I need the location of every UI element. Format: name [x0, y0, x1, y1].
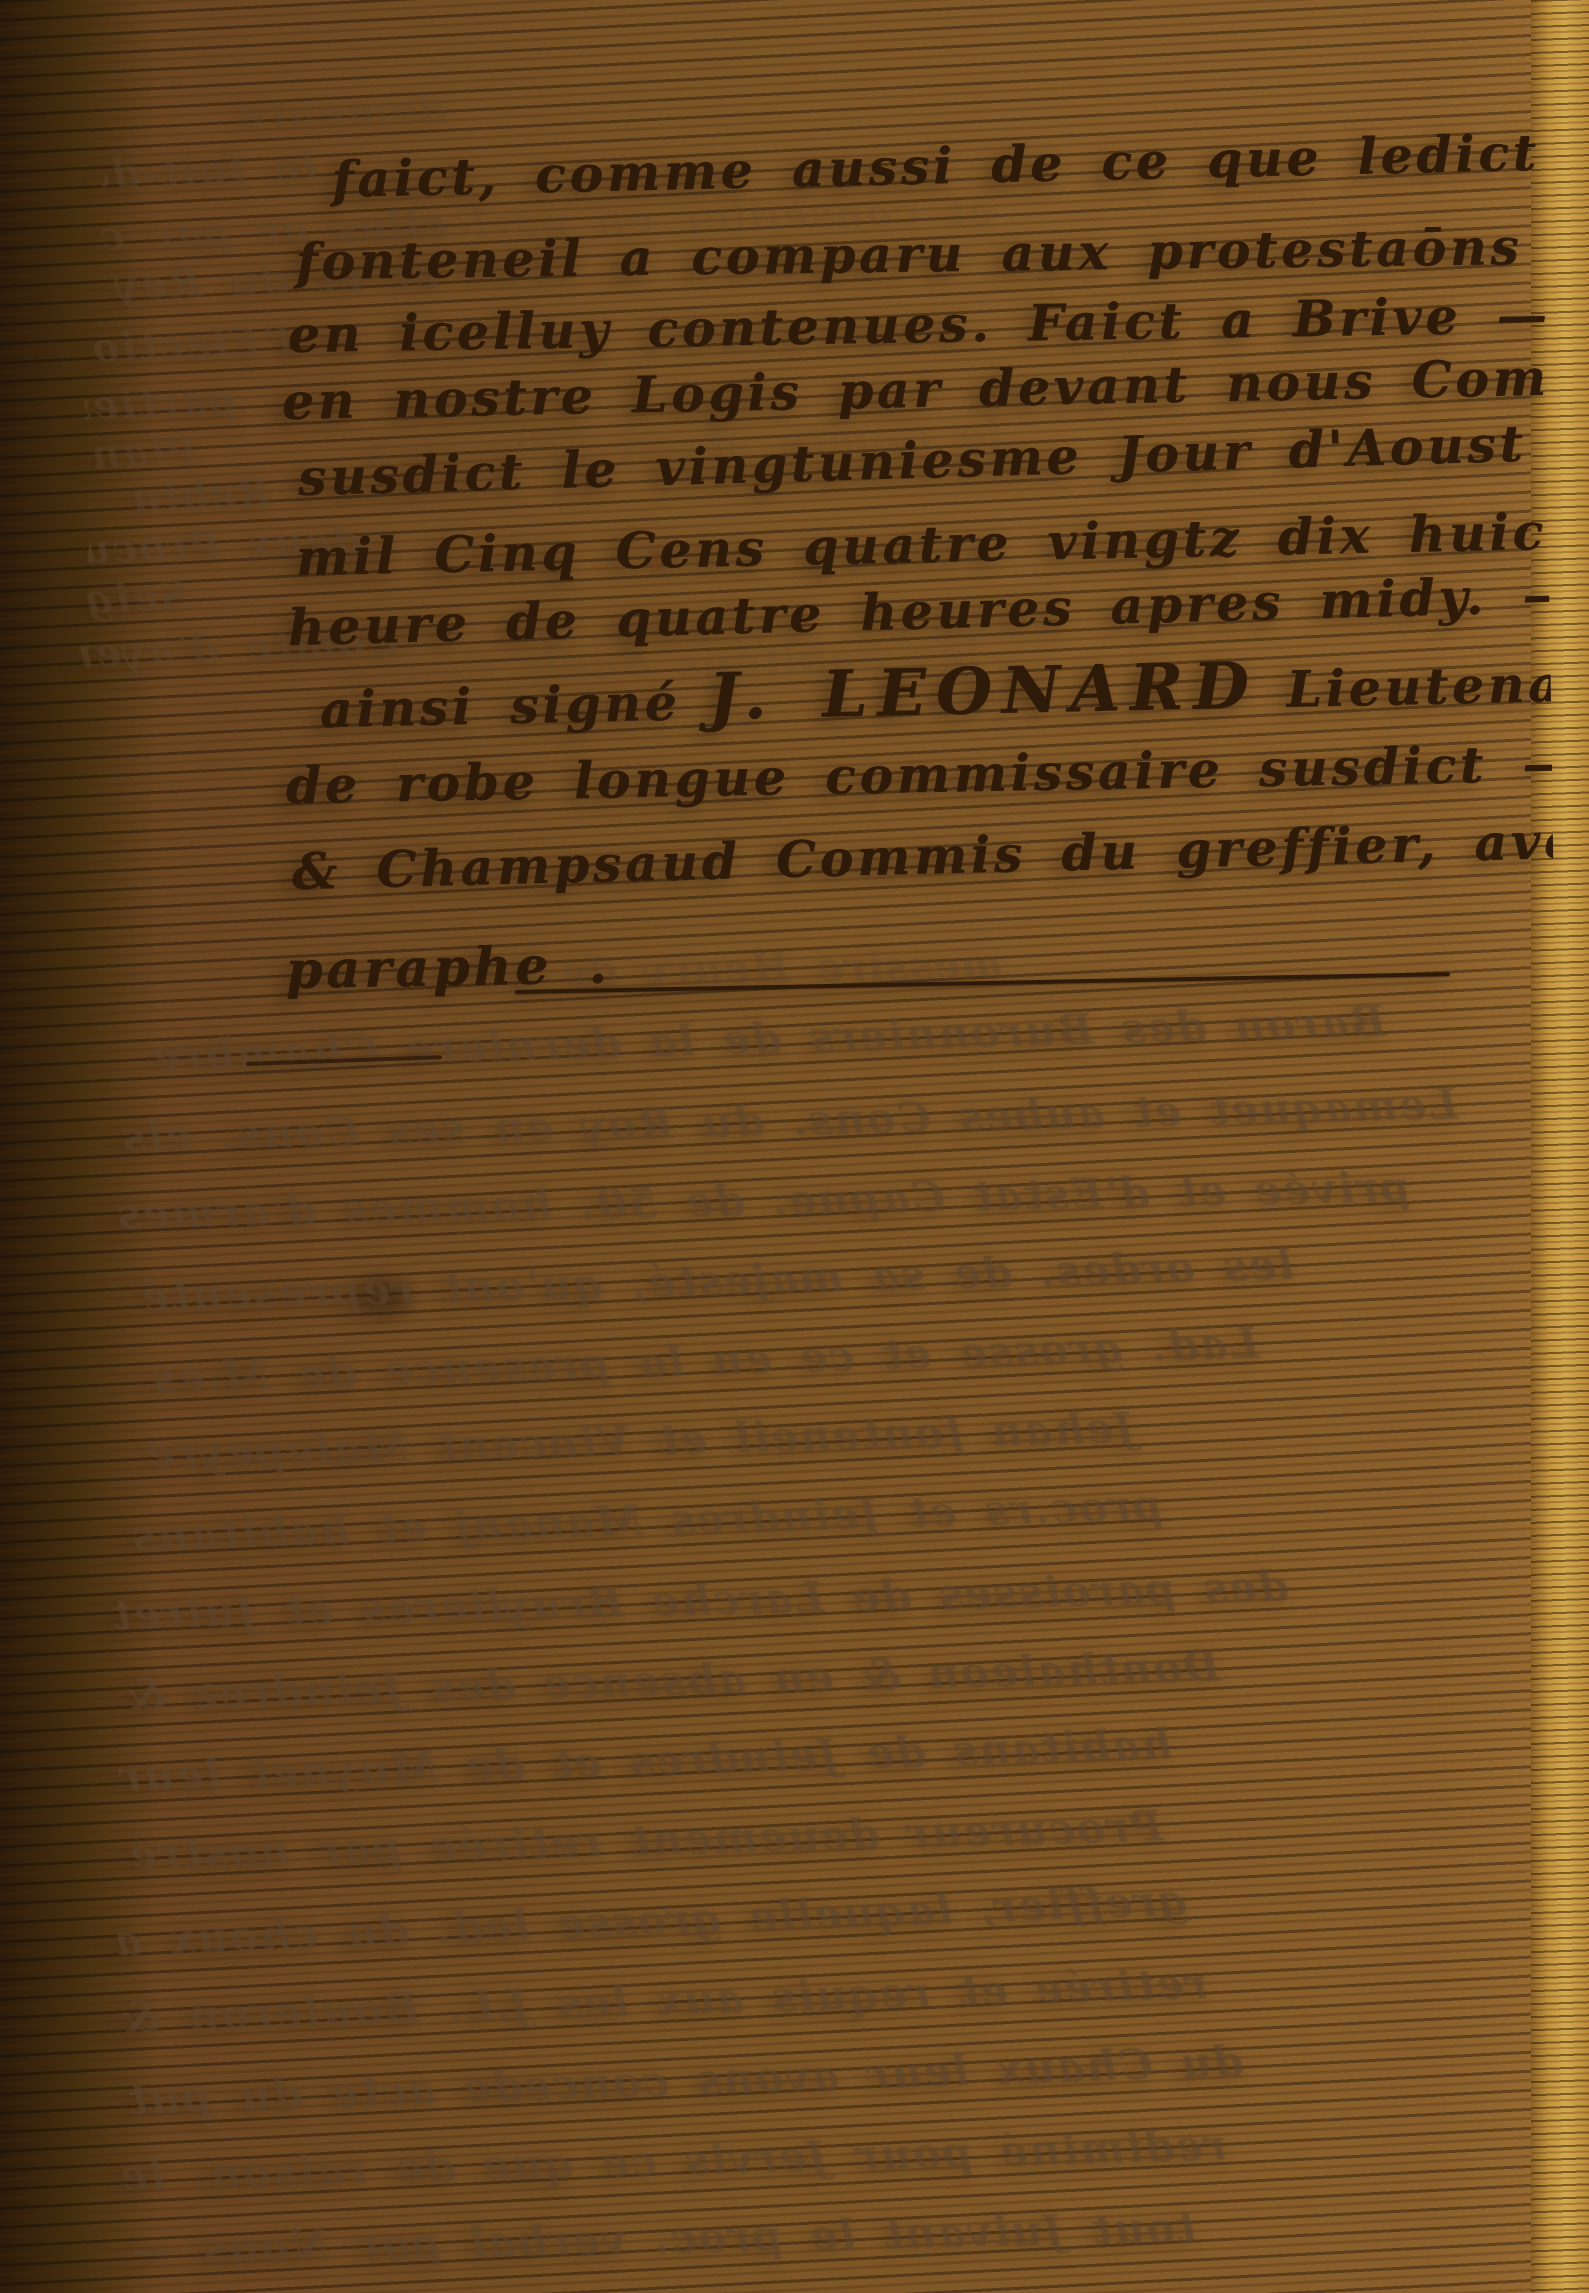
manuscript-photo: demeureet conseiller en parlementle Comt…: [0, 0, 1589, 2293]
bleedthrough-faint-line: demeure: [235, 86, 447, 137]
signature-name: J. LEONARD: [708, 648, 1260, 735]
bleedthrough-fragment: Rebin: [129, 470, 271, 522]
signature-prefix: ainsi signé: [319, 672, 681, 739]
bleedthrough-fragment: parties: [65, 377, 237, 430]
signature-suffix: Lieutenant ——: [1286, 650, 1589, 719]
